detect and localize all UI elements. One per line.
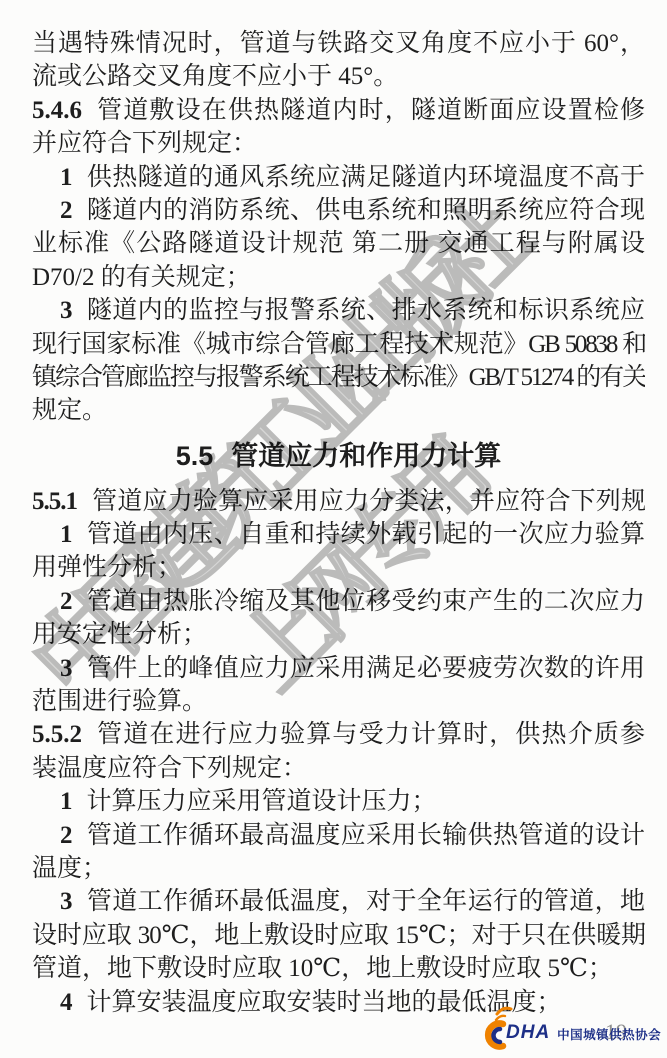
list-item-line: 1管道由内压、自重和持续外载引起的一次应力验算应采: [32, 518, 645, 551]
list-item-line: 3管件上的峰值应力应采用满足必要疲劳次数的许用应力: [32, 652, 645, 685]
item-number: 1: [60, 164, 73, 191]
text-line: 现行国家标准《城市综合管廊工程技术规范》GB 50838 和《城: [32, 328, 645, 361]
item-number: 1: [60, 521, 73, 548]
clause-line: 5.5.2管道在进行应力验算与受力计算时，供热介质参数和安: [32, 718, 645, 751]
item-number: 3: [60, 297, 73, 324]
text-line: D70/2 的有关规定；: [32, 261, 645, 294]
item-number: 3: [60, 888, 73, 915]
text-line: 并应符合下列规定：: [32, 127, 645, 160]
text-line: 用安定性分析；: [32, 618, 645, 651]
clause-number: 5.4.6: [32, 97, 82, 124]
text-column: 当遇特殊情况时，管道与铁路交叉角度不应小于 60°，管道与河 流或公路交叉角度不…: [32, 27, 645, 1019]
list-item-line: 2隧道内的消防系统、供电系统和照明系统应符合现行行: [32, 194, 645, 227]
text-line: 流或公路交叉角度不应小于 45°。: [32, 60, 645, 93]
section-heading: 5.5管道应力和作用力计算: [32, 439, 645, 473]
item-number: 2: [60, 822, 73, 849]
text-line: 当遇特殊情况时，管道与铁路交叉角度不应小于 60°，管道与河: [32, 27, 645, 60]
text-line: 装温度应符合下列规定：: [32, 752, 645, 785]
association-name: 中国城镇供热协会: [557, 1025, 661, 1043]
section-title: 管道应力和作用力计算: [231, 441, 501, 471]
clause-number: 5.5.2: [32, 721, 82, 748]
item-number: 2: [60, 588, 73, 615]
list-item-line: 3管道工作循环最低温度，对于全年运行的管道，地下敷: [32, 885, 645, 918]
clause-line: 5.5.1管道应力验算应采用应力分类法，并应符合下列规定：: [32, 485, 645, 518]
list-item-line: 2管道工作循环最高温度应采用长输供热管道的设计供水: [32, 819, 645, 852]
list-item-line: 3隧道内的监控与报警系统、排水系统和标识系统应符合: [32, 294, 645, 327]
section-number: 5.5: [176, 441, 214, 471]
item-number: 2: [60, 197, 73, 224]
text-line: 设时应取 30℃，地上敷设时应取 15℃；对于只在供暖期运行的: [32, 919, 645, 952]
clause-number: 5.5.1: [32, 488, 77, 515]
item-number: 3: [60, 655, 73, 682]
text-line: 范围进行验算。: [32, 685, 645, 718]
text-line: 规定。: [32, 394, 645, 427]
document-page: 中国建筑工业出版社 上网专用 当遇特殊情况时，管道与铁路交叉角度不应小于 60°…: [0, 0, 667, 1058]
text-line: 用弹性分析；: [32, 551, 645, 584]
text-line: 业标准《公路隧道设计规范 第二册 交通工程与附属设施》JTG: [32, 227, 645, 260]
list-item-line: 1供热隧道的通风系统应满足隧道内环境温度不高于 40℃；: [32, 161, 645, 194]
list-item-line: 1计算压力应采用管道设计压力；: [32, 785, 645, 818]
association-logo: DHA 中国城镇供热协会: [473, 1001, 661, 1053]
logo-letters: DHA: [506, 1022, 550, 1044]
text-line: 管道，地下敷设时应取 10℃，地上敷设时应取 5℃；: [32, 952, 645, 985]
list-item-line: 2管道由热胀冷缩及其他位移受约束产生的二次应力应采: [32, 585, 645, 618]
text-line: 温度；: [32, 852, 645, 885]
clause-line: 5.4.6管道敷设在供热隧道内时，隧道断面应设置检修车通道，: [32, 94, 645, 127]
item-number: 1: [60, 788, 73, 815]
text-line: 镇综合管廊监控与报警系统工程技术标准》GB/T 51274 的有关: [32, 361, 645, 394]
item-number: 4: [60, 989, 73, 1016]
